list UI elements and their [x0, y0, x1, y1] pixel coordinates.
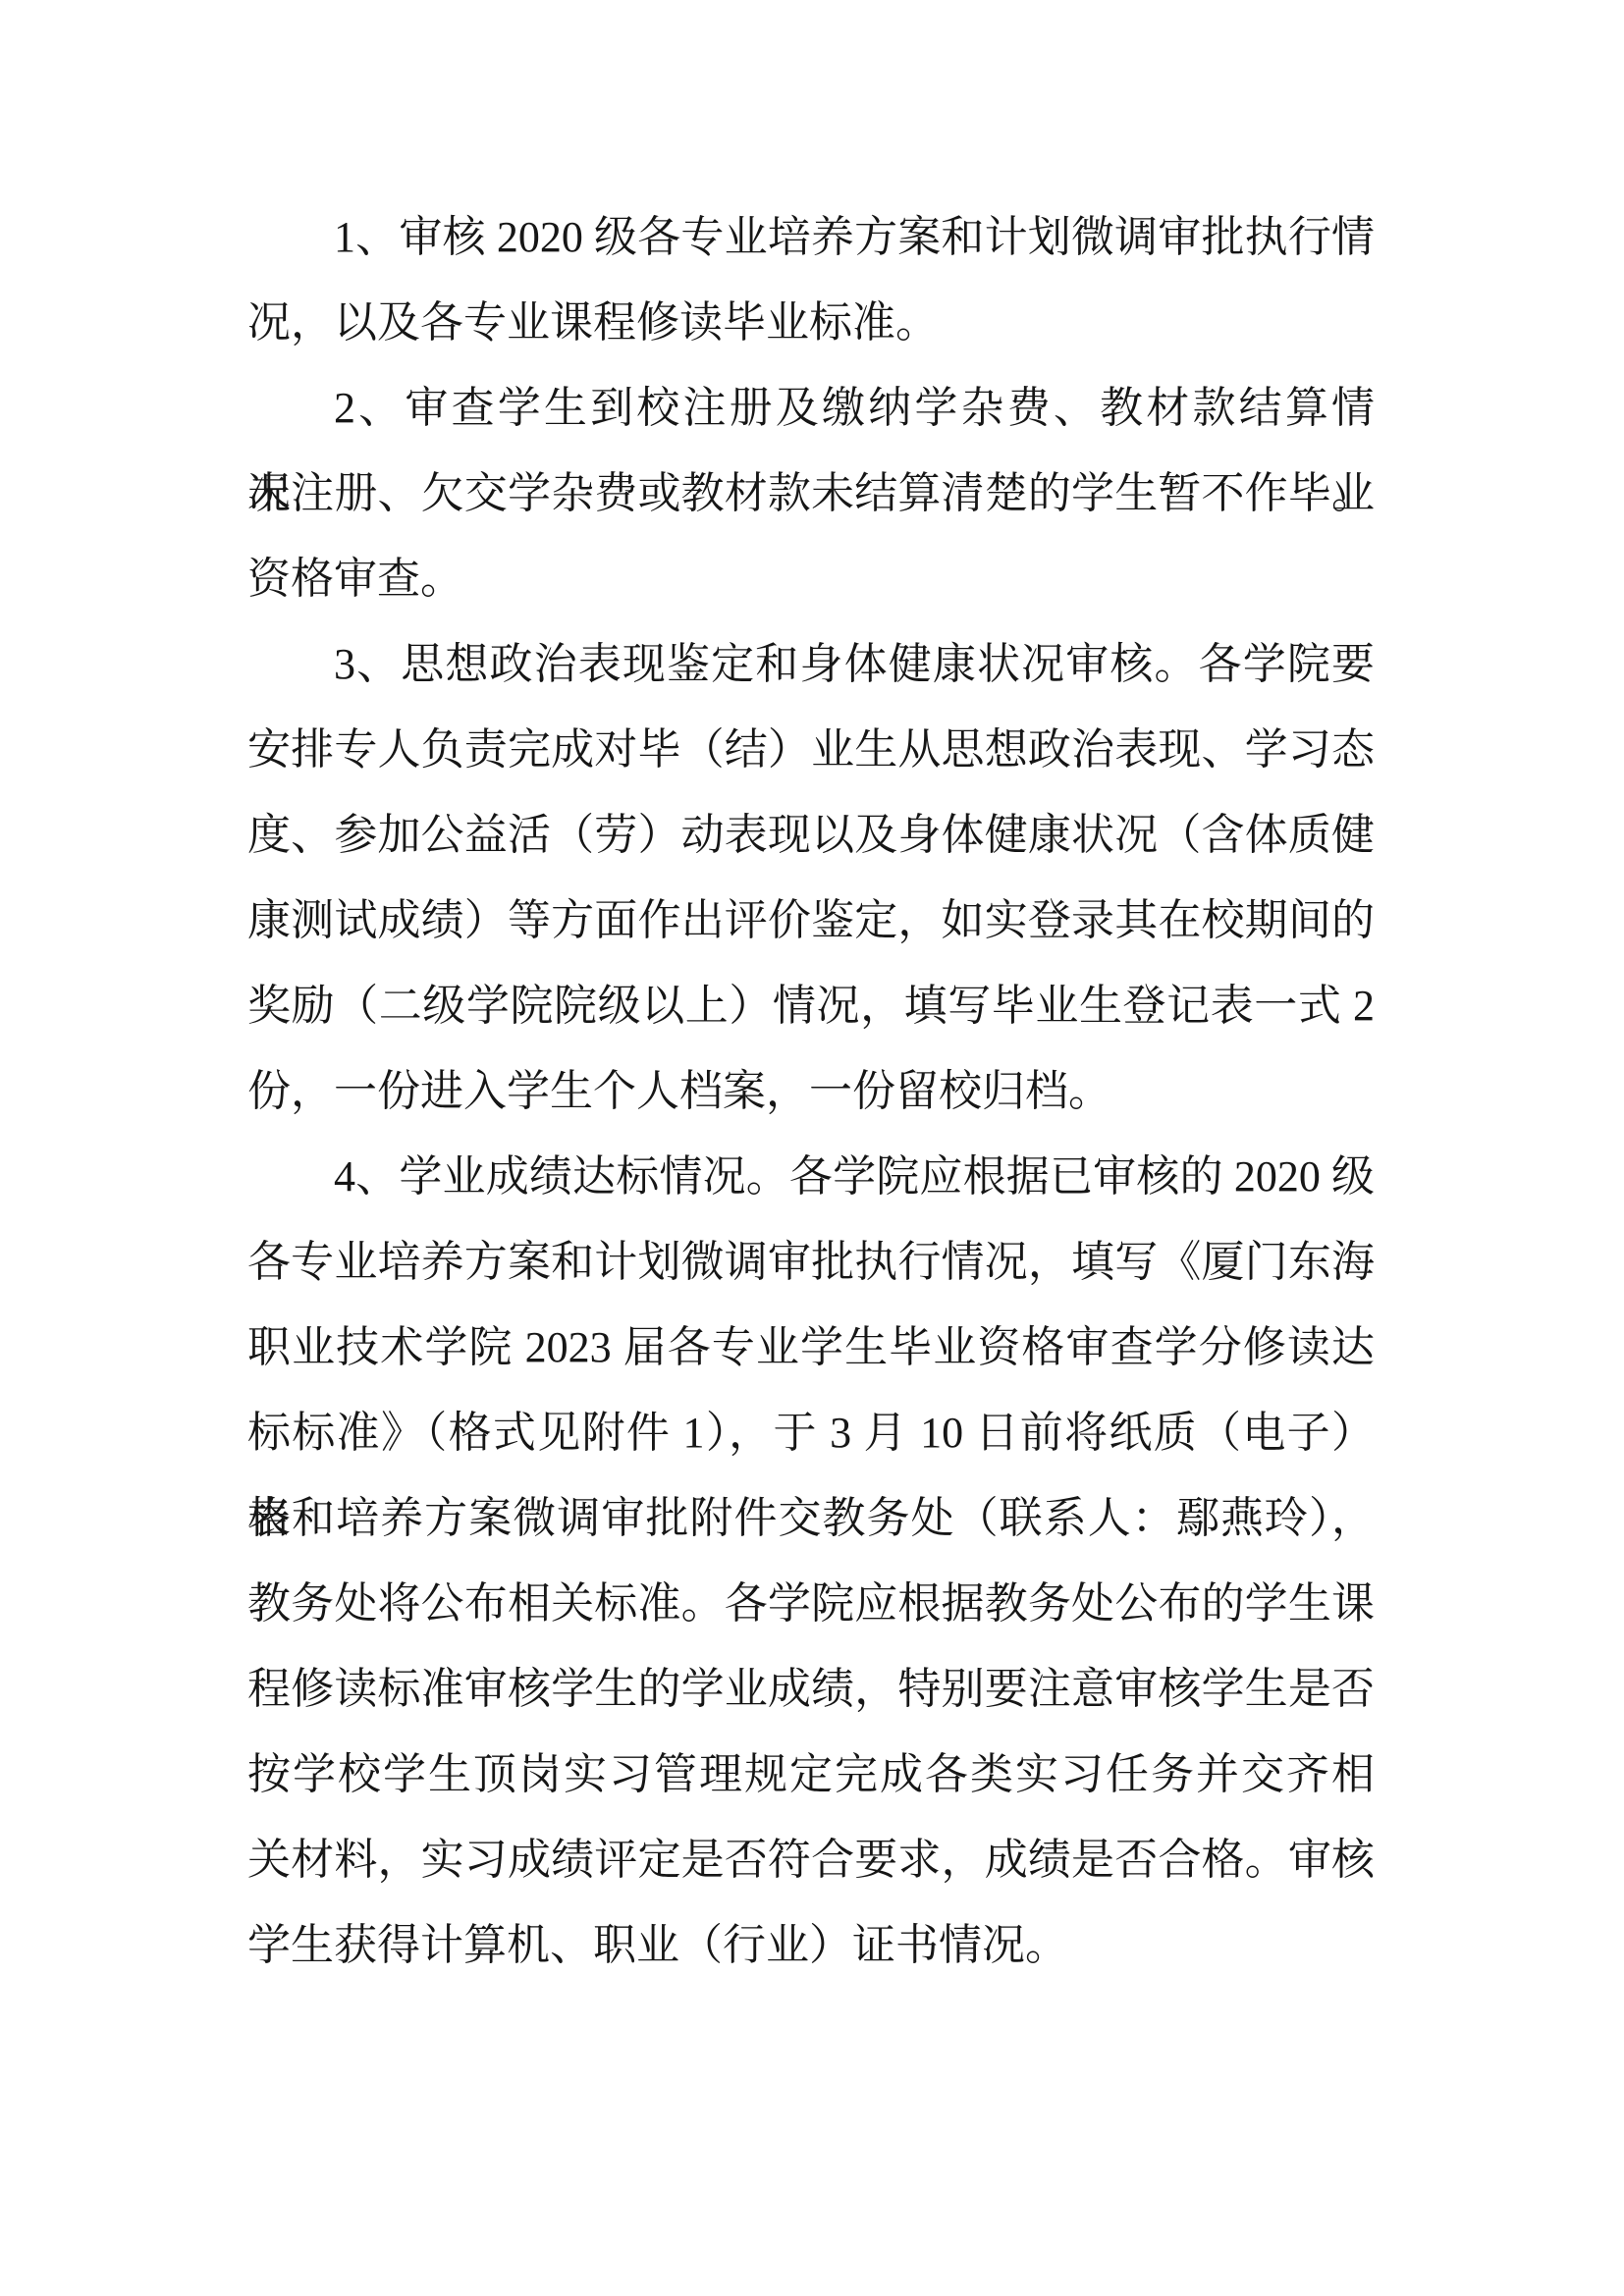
paragraph: 2、审查学生到校注册及缴纳学杂费、教材款结算情况。 未注册、欠交学杂费或教材款未…: [247, 365, 1375, 621]
text-line: 标标准》（格式见附件 1），于 3 月 10 日前将纸质（电子）表: [247, 1390, 1375, 1475]
text-line: 度、参加公益活（劳）动表现以及身体健康状况（含体质健: [247, 792, 1375, 878]
document-page: 1、审核 2020 级各专业培养方案和计划微调审批执行情 况，以及各专业课程修读…: [0, 0, 1624, 2296]
paragraph: 3、思想政治表现鉴定和身体健康状况审核。各学院要 安排专人负责完成对毕（结）业生…: [247, 621, 1375, 1134]
text-line: 各专业培养方案和计划微调审批执行情况，填写《厦门东海: [247, 1219, 1375, 1305]
text-line: 格和培养方案微调审批附件交教务处（联系人：鄢燕玲），: [247, 1475, 1375, 1561]
paragraph: 4、学业成绩达标情况。各学院应根据已审核的 2020 级 各专业培养方案和计划微…: [247, 1134, 1375, 1988]
paragraph: 1、审核 2020 级各专业培养方案和计划微调审批执行情 况，以及各专业课程修读…: [247, 194, 1375, 365]
text-line: 份，一份进入学生个人档案，一份留校归档。: [247, 1048, 1375, 1134]
text-line: 3、思想政治表现鉴定和身体健康状况审核。各学院要: [247, 621, 1375, 707]
text-line: 关材料，实习成绩评定是否符合要求，成绩是否合格。审核: [247, 1817, 1375, 1902]
text-line: 教务处将公布相关标准。各学院应根据教务处公布的学生课: [247, 1561, 1375, 1646]
text-line: 学生获得计算机、职业（行业）证书情况。: [247, 1902, 1375, 1988]
text-line: 职业技术学院 2023 届各专业学生毕业资格审查学分修读达: [247, 1305, 1375, 1390]
text-line: 资格审查。: [247, 536, 1375, 621]
text-line: 1、审核 2020 级各专业培养方案和计划微调审批执行情: [247, 194, 1375, 280]
text-line: 奖励（二级学院院级以上）情况，填写毕业生登记表一式 2: [247, 963, 1375, 1048]
text-line: 康测试成绩）等方面作出评价鉴定，如实登录其在校期间的: [247, 878, 1375, 963]
text-line: 程修读标准审核学生的学业成绩，特别要注意审核学生是否: [247, 1646, 1375, 1732]
text-line: 未注册、欠交学杂费或教材款未结算清楚的学生暂不作毕业: [247, 451, 1375, 536]
text-line: 安排专人负责完成对毕（结）业生从思想政治表现、学习态: [247, 707, 1375, 792]
text-line: 4、学业成绩达标情况。各学院应根据已审核的 2020 级: [247, 1134, 1375, 1219]
document-body-text: 1、审核 2020 级各专业培养方案和计划微调审批执行情 况，以及各专业课程修读…: [247, 194, 1375, 1988]
text-line: 按学校学生顶岗实习管理规定完成各类实习任务并交齐相: [247, 1732, 1375, 1817]
text-line: 2、审查学生到校注册及缴纳学杂费、教材款结算情况。: [247, 365, 1375, 451]
text-line: 况，以及各专业课程修读毕业标准。: [247, 280, 1375, 365]
